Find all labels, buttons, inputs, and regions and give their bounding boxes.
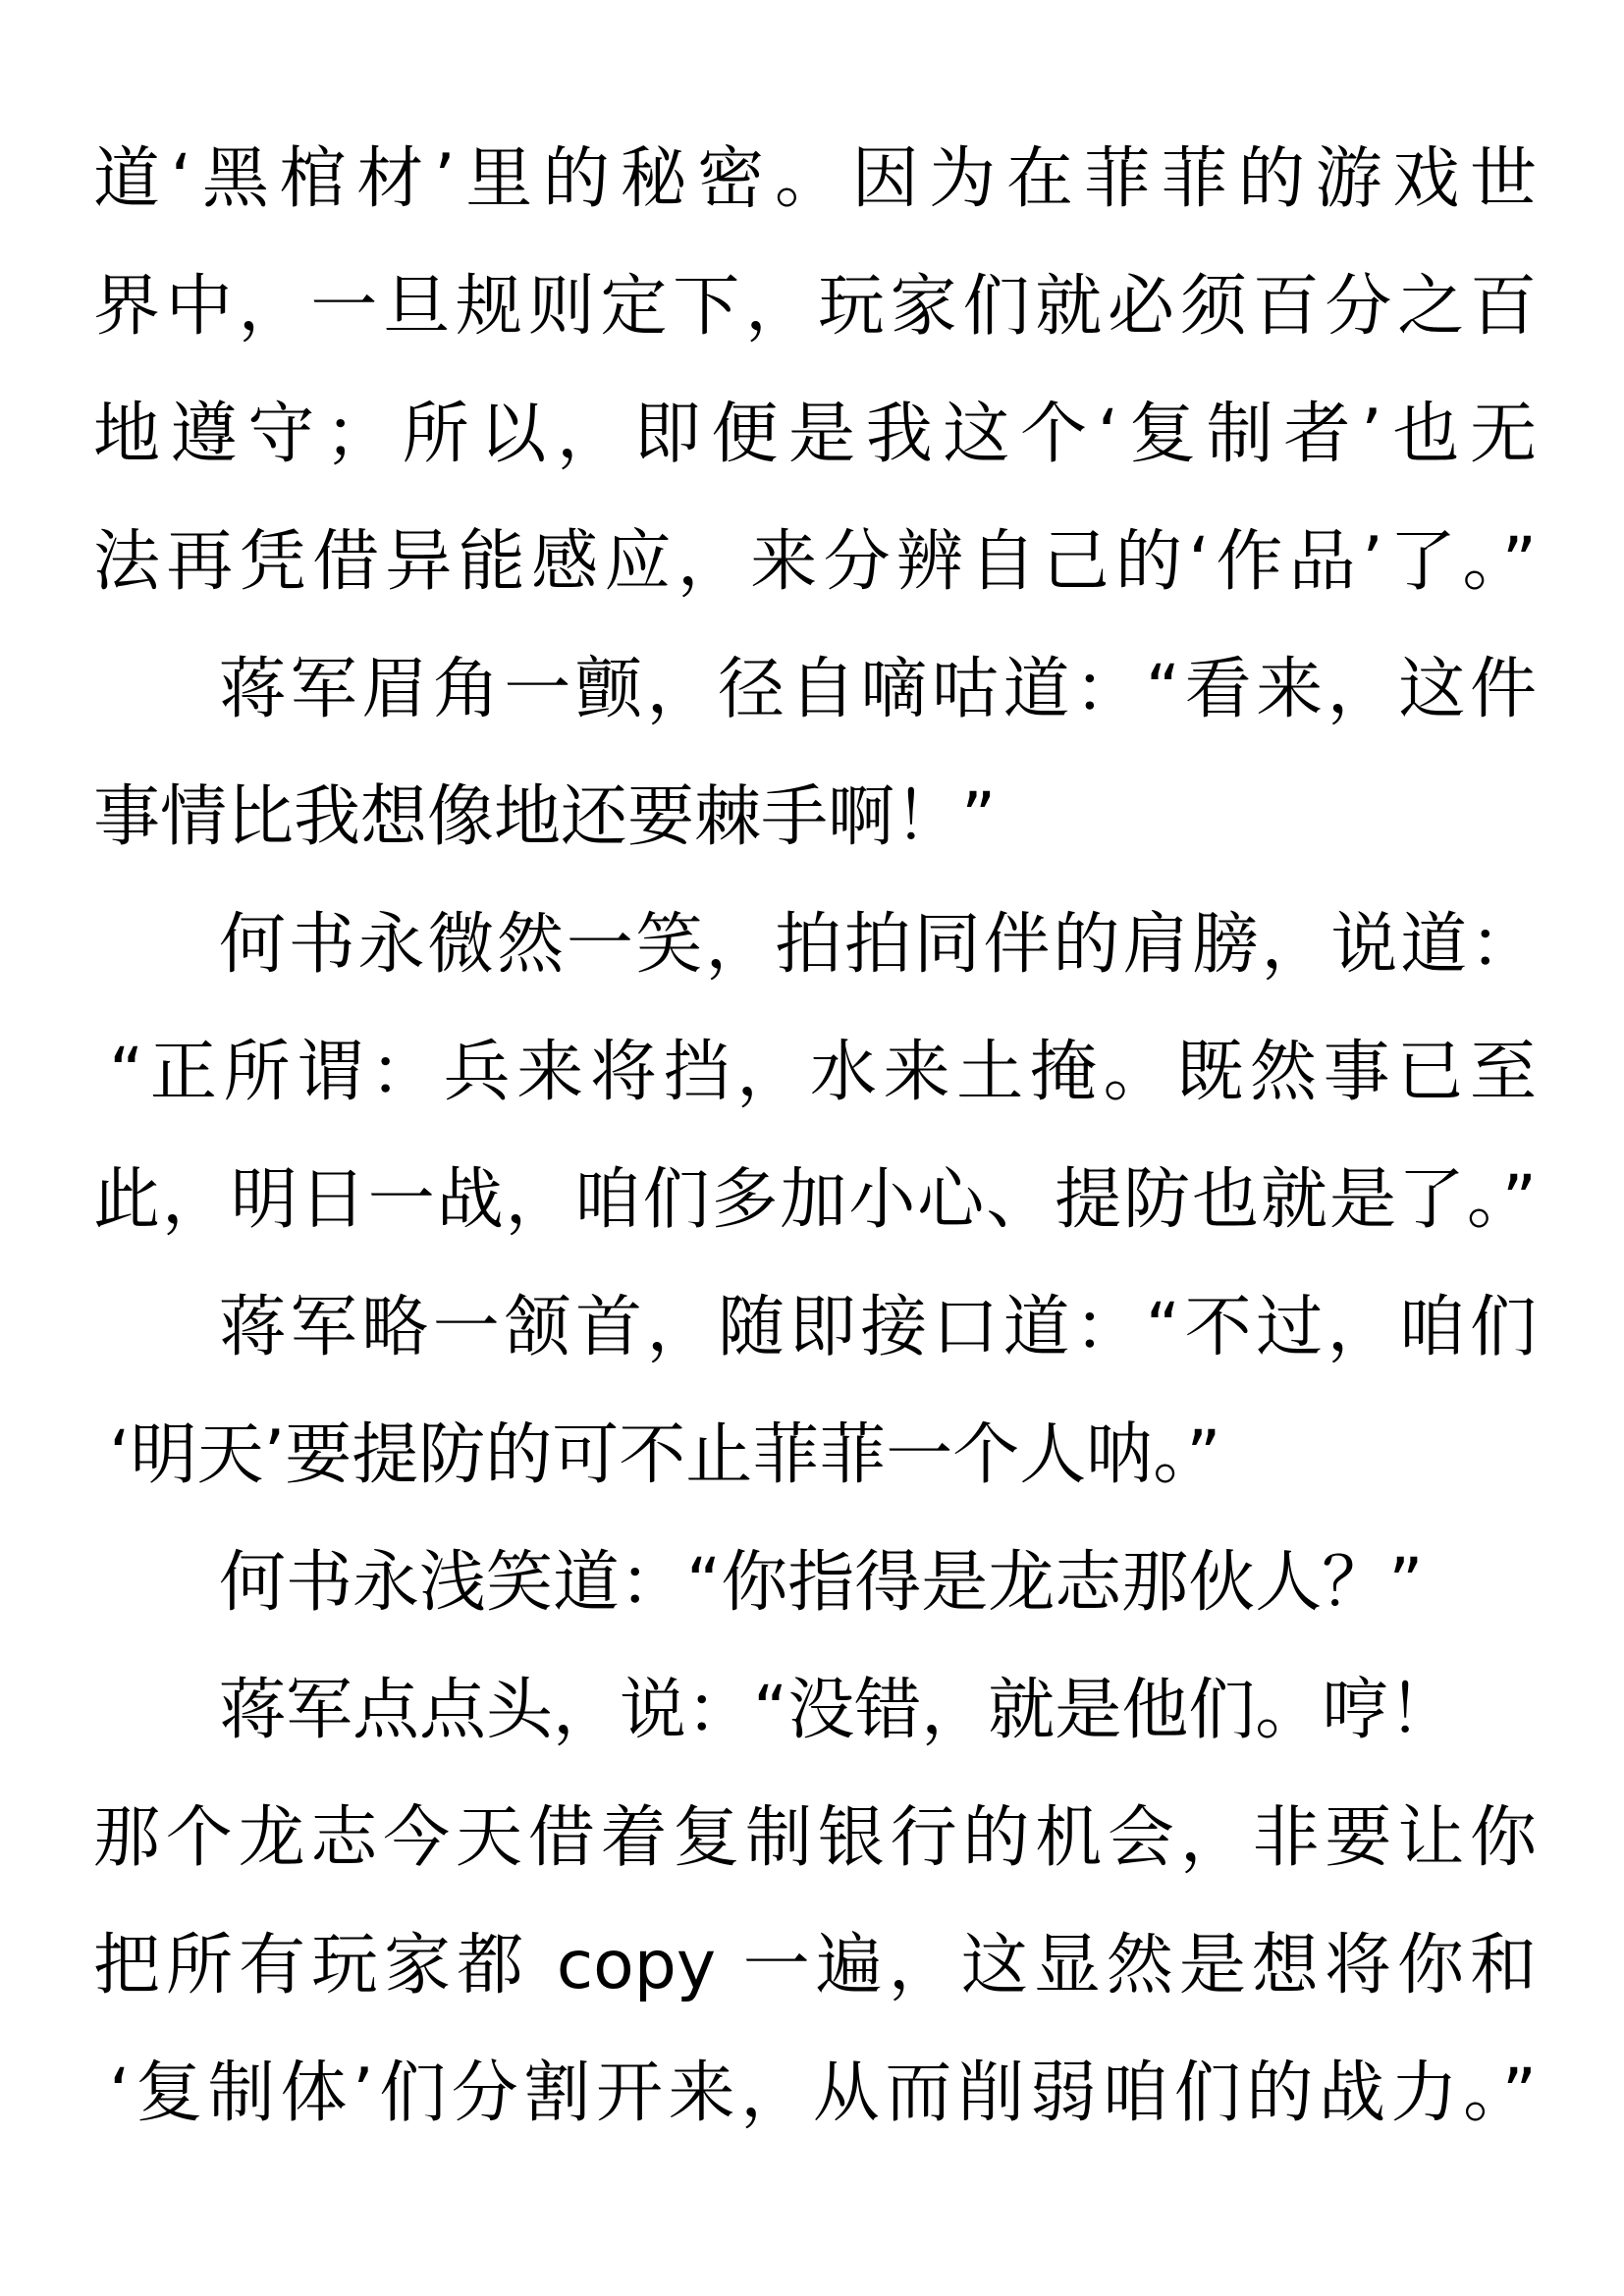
paragraph-start-line: 蒋军略一颔首，随即接口道：“不过，咱们 (93, 1264, 1537, 1392)
text-line: “正所谓：兵来将挡，水来土掩。既然事已至 (93, 1009, 1537, 1137)
text-line: 地遵守；所以，即便是我这个‘复制者’也无 (93, 371, 1537, 499)
body-text: 道‘黑棺材’里的秘密。因为在菲菲的游戏世 界中，一旦规则定下，玩家们就必须百分之… (93, 116, 1537, 2158)
paragraph-start-line: 何书永微然一笑，拍拍同伴的肩膀，说道： (93, 881, 1537, 1009)
text-line: 界中，一旦规则定下，玩家们就必须百分之百 (93, 243, 1537, 371)
paragraph-start-line: 蒋军眉角一颤，径自嘀咕道：“看来，这件 (93, 626, 1537, 754)
text-line: ‘复制体’们分割开来，从而削弱咱们的战力。” (93, 2030, 1537, 2158)
text-line: 把所有玩家都 copy 一遍，这显然是想将你和 (93, 1902, 1537, 2030)
text-line: 那个龙志今天借着复制银行的机会，非要让你 (93, 1775, 1537, 1902)
paragraph-start-line: 蒋军点点头，说：“没错，就是他们。哼！ (93, 1647, 1537, 1775)
paragraph-start-line: 何书永浅笑道：“你指得是龙志那伙人？” (93, 1520, 1537, 1647)
text-line: 此，明日一战，咱们多加小心、提防也就是了。” (93, 1137, 1537, 1264)
text-line: 道‘黑棺材’里的秘密。因为在菲菲的游戏世 (93, 116, 1537, 243)
document-page: 道‘黑棺材’里的秘密。因为在菲菲的游戏世 界中，一旦规则定下，玩家们就必须百分之… (0, 0, 1624, 2296)
text-line: 法再凭借异能感应，来分辨自己的‘作品’了。” (93, 499, 1537, 626)
text-line: ‘明天’要提防的可不止菲菲一个人呐。” (93, 1392, 1537, 1520)
text-line: 事情比我想像地还要棘手啊！” (93, 754, 1537, 881)
